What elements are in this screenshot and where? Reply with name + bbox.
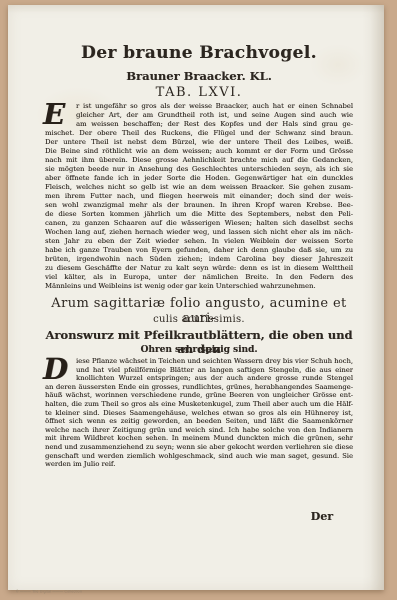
drop-cap-initial: D: [43, 355, 73, 383]
text-line: genschaft und werden ziemlich wohlgeschm…: [45, 452, 353, 461]
text-line: habe ich ganze Trauben von Eyern gefunde…: [45, 246, 353, 255]
text-line: welche nach ihrer Zeitigung grün und wei…: [45, 426, 353, 435]
text-line: gleicher Art, der am Grundtheil roth ist…: [45, 111, 353, 120]
text-line: mischet. Der obere Theil des Ruckens, di…: [45, 129, 353, 138]
text-line: Der untere Theil ist nebst dem Bürzel, w…: [45, 138, 353, 147]
text-line: mit ihrem Wildbret kochen sehen. In mein…: [45, 434, 353, 443]
text-line: men ihrem Futter nach, und fliegen heerw…: [45, 192, 353, 201]
body-paragraph-1: E r ist ungefähr so gros als der weisse …: [45, 102, 353, 291]
plate-number: TAB. LXVI.: [45, 85, 353, 100]
text-line: iese Pflanze wächset in Teichen und seic…: [45, 357, 353, 366]
text-line: an deren äussersten Ende ein grosses, ru…: [45, 383, 353, 392]
text-line: halten, die zum Theil so gros als eine M…: [45, 400, 353, 409]
text-line: aber öffnete fande ich in jeder Sorte di…: [45, 174, 353, 183]
credit-line: © ——— The Digital ——— Collection: [16, 589, 82, 593]
text-line: r ist ungefähr so gros als der weisse Br…: [45, 102, 353, 111]
text-line: brüten, irgendwohin nach Süden ziehen; i…: [45, 255, 353, 264]
latin-name-heading-line2: culis acutissimis.: [45, 314, 353, 325]
body-paragraph-2: D iese Pflanze wächset in Teichen und se…: [45, 357, 353, 469]
text-line: Die Beine sind röthlicht wie an dem weis…: [45, 147, 353, 156]
page-subtitle: Brauner Braacker. KL.: [45, 69, 353, 83]
text-line: am weissen beschaffen; der Rest des Kopf…: [45, 120, 353, 129]
text-line: häuß wächst, worinnen verschiedene runde…: [45, 391, 353, 400]
paper-sheet: Der braune Brachvogel. Brauner Braacker.…: [8, 5, 384, 590]
text-line: viel kälter, als in Europa, unter der nä…: [45, 273, 353, 282]
german-name-heading-line2: Ohren sehr spizig sind.: [45, 345, 353, 355]
text-line: knollichten Wurzel entspringen; aus der …: [45, 374, 353, 383]
text-line: sie mögten beede nur in Ansehung des Ges…: [45, 165, 353, 174]
drop-cap-initial: E: [43, 100, 73, 128]
text-line: zu diesem Geschäffte der Natur zu kalt s…: [45, 264, 353, 273]
text-line: sen wohl zwanzigmal mehr als der braunen…: [45, 201, 353, 210]
text-line: sten Jahr zu eben der Zeit wieder sehen.…: [45, 237, 353, 246]
text-line: Männleins und Weibleins ist wenig oder g…: [45, 282, 353, 291]
text-line: nach mit ihm überein. Diese grosse Aehnl…: [45, 156, 353, 165]
text-line: und hat viel pfeilförmige Blätter an lan…: [45, 366, 353, 375]
text-line: öffnet sich wenn es zeitig geworden, an …: [45, 417, 353, 426]
text-block: Der braune Brachvogel. Brauner Braacker.…: [45, 5, 353, 590]
text-line: nend und zusammenziehend zu seyn; wenn s…: [45, 443, 353, 452]
text-line: te kleiner sind. Dieses Saamengehäuse, w…: [45, 409, 353, 418]
text-line: de diese Sorten kommen jährlich um die M…: [45, 210, 353, 219]
catchword: Der: [45, 510, 353, 523]
text-line: Fleisch, welches nicht so gelb ist wie a…: [45, 183, 353, 192]
page-title: Der braune Brachvogel.: [45, 43, 353, 63]
text-line: canen, zu ganzen Schaaren auf die wässer…: [45, 219, 353, 228]
scanned-page: Der braune Brachvogel. Brauner Braacker.…: [0, 0, 397, 600]
text-line: Wochen lang auf, ziehen hernach wieder w…: [45, 228, 353, 237]
text-line: werden im Julio reif.: [45, 460, 353, 469]
